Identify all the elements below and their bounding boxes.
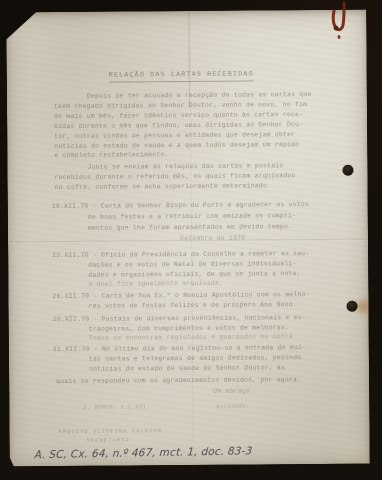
punch-hole-top-icon xyxy=(342,165,353,176)
archival-reference-annotation: A. SC, Cx. 64, n.º 467, mct. 1, doc. 83-… xyxy=(34,446,253,460)
red-ink-mark xyxy=(326,0,352,44)
typewritten-line: tor, outras vindas de pessoas e entidade… xyxy=(54,131,295,140)
typewritten-line: quais se respondeu com os agradecimentos… xyxy=(56,376,301,385)
typewritten-line: notícias do estado de saúde do Senhor Do… xyxy=(89,364,285,373)
document-title: RELAÇÃO DAS CARTAS RECEBIDAS xyxy=(109,71,254,82)
date-line: S. BENTO, 2.I.971. xyxy=(83,405,150,411)
typewritten-line: 19.XII.70 - Carta do Senhor Bispo do Por… xyxy=(52,201,309,210)
scanned-page-background: RELAÇÃO DAS CARTAS RECEBIDASDepois de te… xyxy=(0,0,382,480)
typewritten-line: Um abraço. xyxy=(213,387,254,394)
typewritten-line: no cofre, conforme se acha superiormente… xyxy=(55,182,272,191)
typewritten-line: 29.XII.70 - Postais de diversas proveniê… xyxy=(53,314,306,323)
typewritten-line: teem chegado dirigidas ao Senhor Doutor,… xyxy=(54,101,307,110)
typewritten-line: tas cartas e telegramas de amigos dedica… xyxy=(89,354,301,363)
archive-stamp-line: ARQUIVO OLIVEIRA SALAZAR xyxy=(59,429,163,436)
typewritten-line: Todos se encontram registados e guardado… xyxy=(89,333,297,342)
typewritten-line: bidas durante o mês que findou, umas dir… xyxy=(54,121,303,130)
typewritten-line: e completo restabelecimento. xyxy=(54,151,168,159)
typewritten-line: mentos que lhe foram apresentados em dev… xyxy=(88,223,292,232)
typewritten-line: Depois de ter acusado a recepção de toda… xyxy=(87,91,312,100)
typewritten-line: Dezembro de 1970 xyxy=(180,235,245,243)
typewritten-line: 26.XII.70 - Carta de Sua Ex.ª o Núncio A… xyxy=(52,291,309,300)
typewritten-line: de mais um mês, fazer idêntico serviço q… xyxy=(54,111,303,120)
typewritten-line: 22.XII.70 - Ofício da Presidência do Con… xyxy=(52,250,309,259)
text-layer: RELAÇÃO DAS CARTAS RECEBIDASDepois de te… xyxy=(6,10,370,467)
typewritten-line: dações e os votos de Natal de diversas i… xyxy=(88,260,296,269)
typewritten-line: trangeiras, com cumprimentos e votos de … xyxy=(89,324,289,333)
signature-line: Assinado. xyxy=(216,405,249,411)
typewritten-line: Junto se enviam as relações das cartas e… xyxy=(87,162,283,171)
typewritten-line: notícias do estado de saúde e a quem tod… xyxy=(54,141,299,150)
punch-hole-bottom-icon xyxy=(346,301,357,312)
archive-stamp-line: SECRETARIA xyxy=(87,438,130,444)
typewritten-line: res votos de festas felizes e de prósper… xyxy=(89,301,297,310)
document-paper: RELAÇÃO DAS CARTAS RECEBIDASDepois de te… xyxy=(6,10,370,467)
typewritten-line: 31.XII.70 - No último dia do ano registo… xyxy=(53,344,306,353)
typewritten-line: a qual fica igualmente arquivada. xyxy=(88,280,223,288)
typewritten-line: de boas festas e a retribuir com amizade… xyxy=(88,212,296,221)
typewritten-line: recebidos durante o referido mês, os qua… xyxy=(54,172,295,181)
typewritten-line: dades e organismos oficiais, de que se j… xyxy=(88,270,300,279)
